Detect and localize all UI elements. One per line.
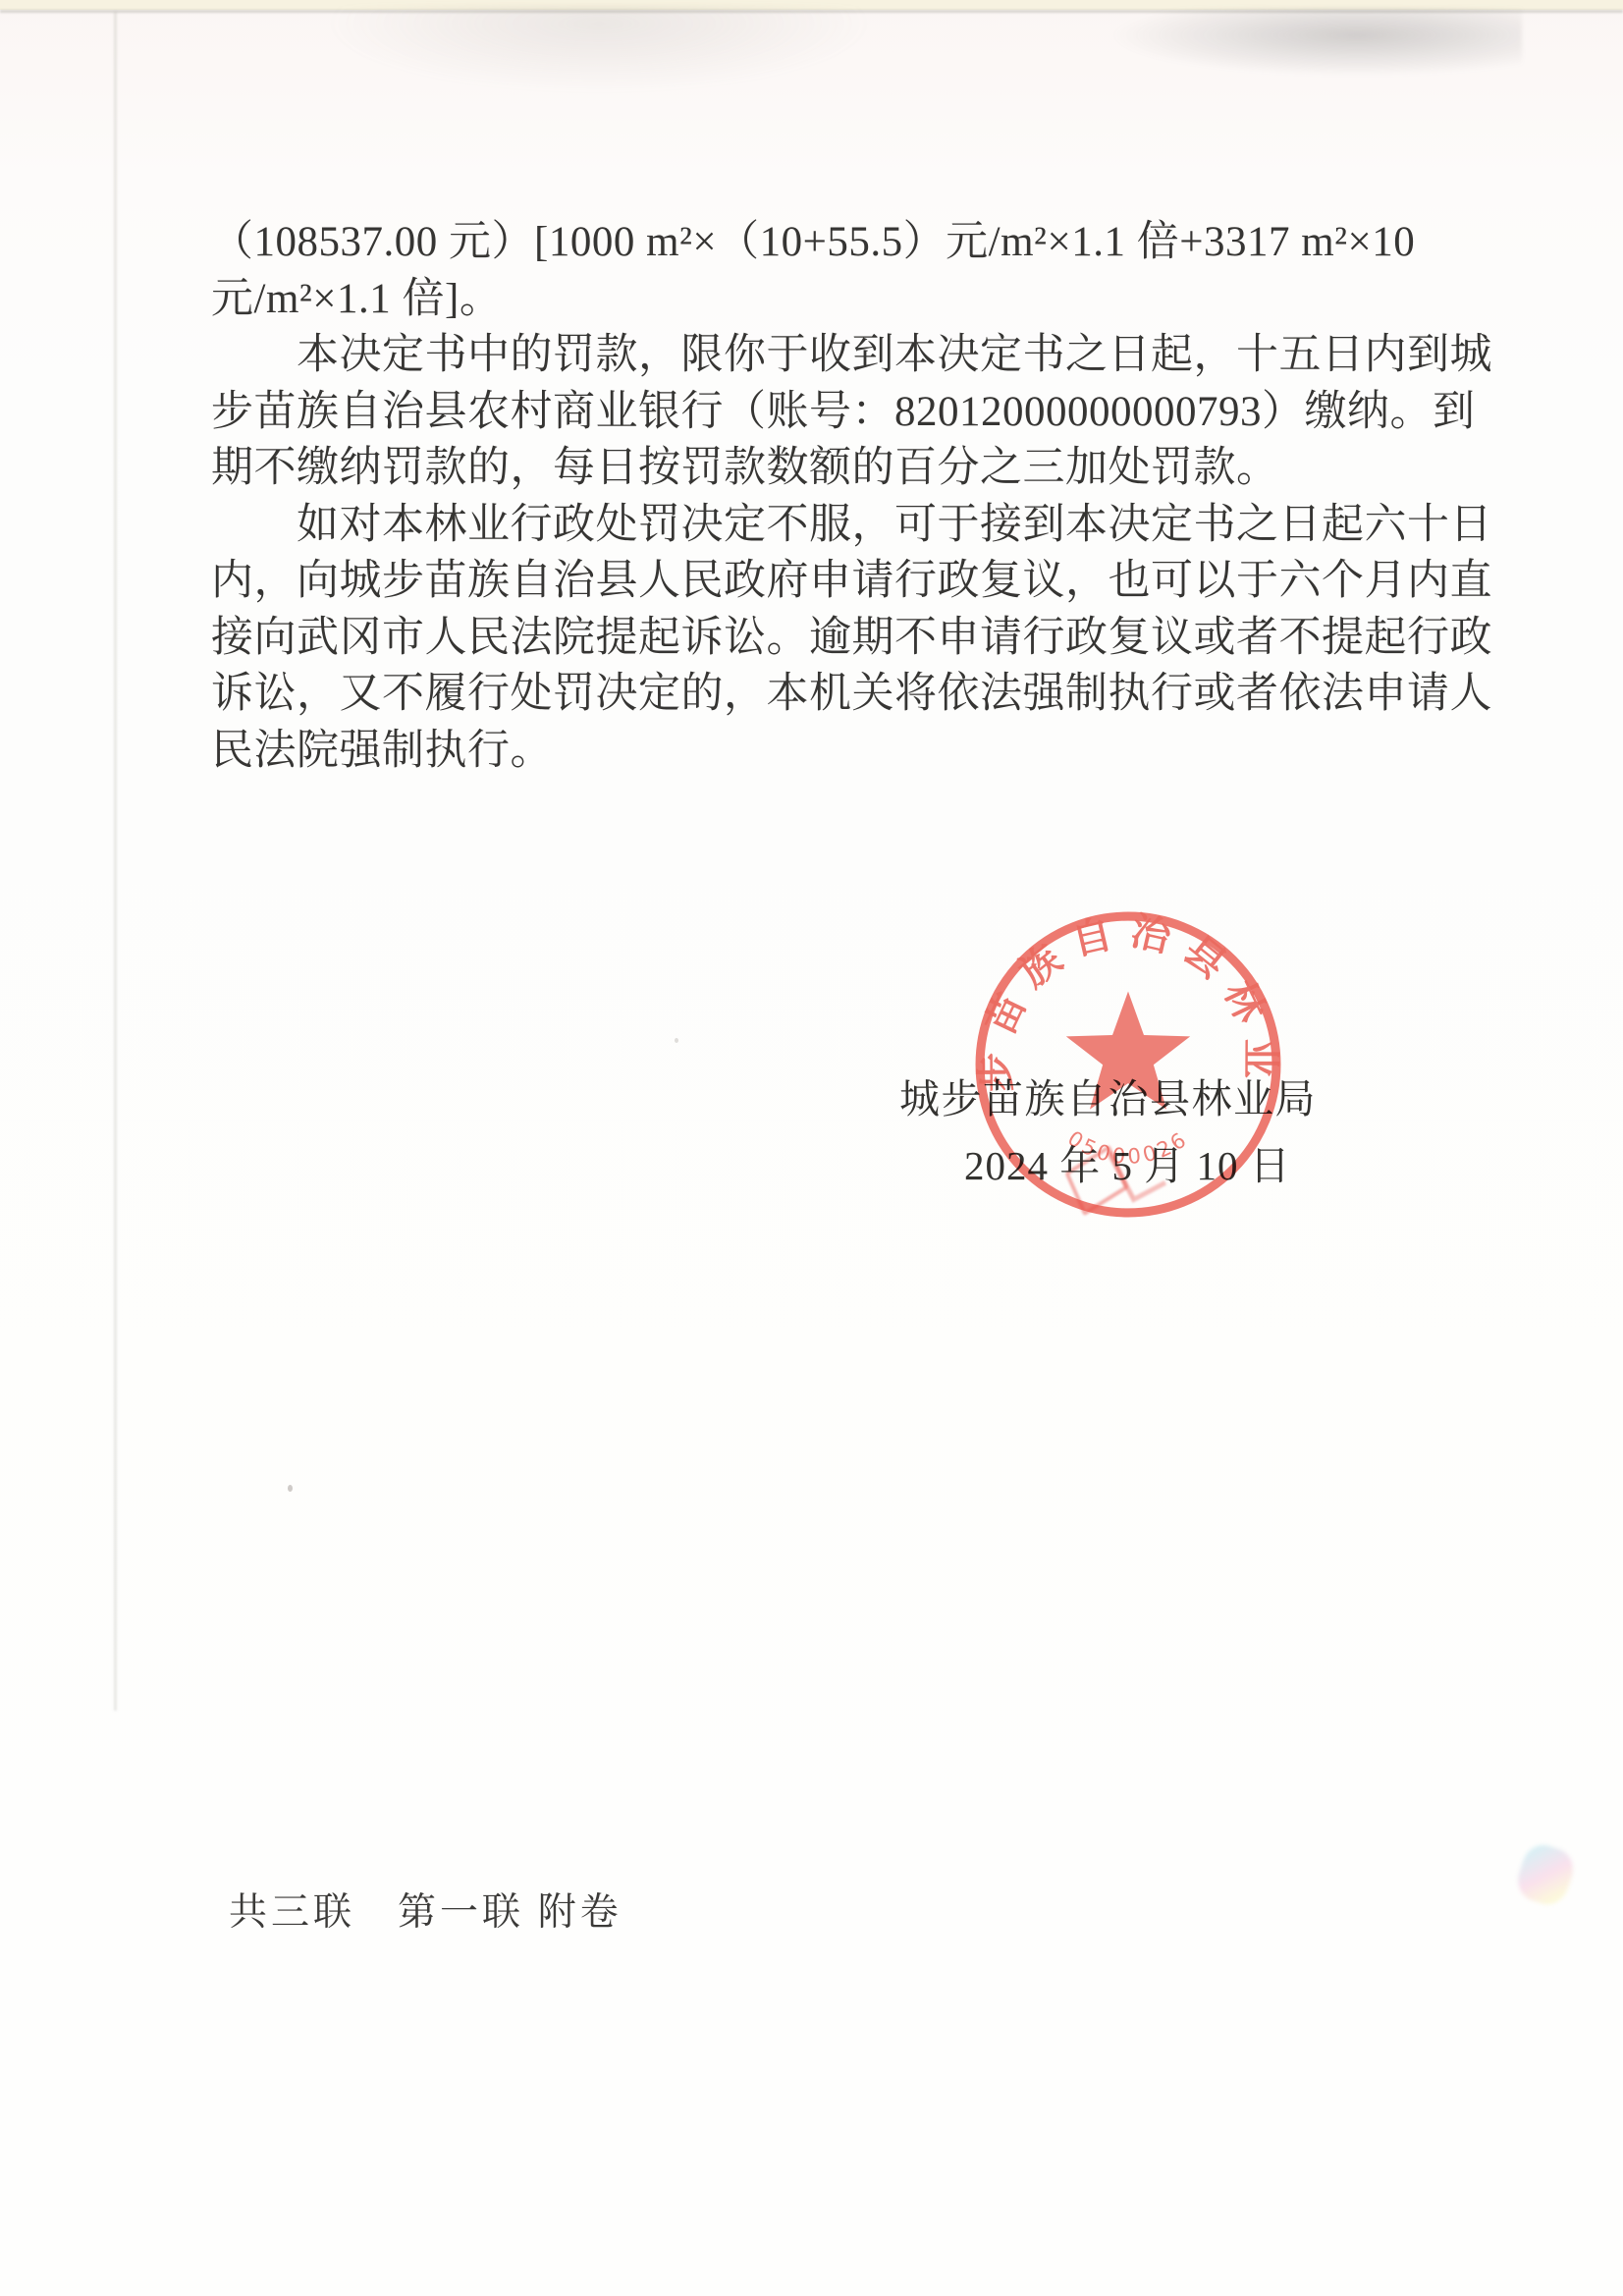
body-line: 接向武冈市人民法院提起诉讼。逾期不申请行政复议或者不提起行政 — [211, 610, 1478, 667]
footer-note: 共三联 第一联 附卷 — [229, 1882, 622, 1937]
signature-org: 城步苗族自治县林业局 — [899, 1066, 1317, 1124]
scan-artifact-crease — [114, 12, 117, 1711]
document-body: （108537.00 元）[1000 m²×（10+55.5）元/m²×1.1 … — [211, 214, 1478, 779]
signature-date: 2024 年 5 月 10 日 — [964, 1133, 1291, 1191]
scan-artifact-smudge — [324, 6, 874, 94]
body-line: 诉讼，又不履行处罚决定的，本机关将依法强制执行或者依法申请人 — [211, 666, 1478, 723]
body-line: 期不缴纳罚款的，每日按罚款数额的百分之三加处罚款。 — [211, 440, 1478, 497]
body-line: 如对本林业行政处罚决定不服，可于接到本决定书之日起六十日 — [211, 497, 1478, 554]
scanned-document-page: （108537.00 元）[1000 m²×（10+55.5）元/m²×1.1 … — [0, 0, 1623, 2296]
scan-artifact-speck — [675, 1038, 678, 1043]
scan-artifact-speck — [288, 1485, 293, 1492]
body-line: （108537.00 元）[1000 m²×（10+55.5）元/m²×1.1 … — [211, 214, 1478, 271]
scan-artifact-smudge — [1109, 8, 1522, 77]
body-line: 民法院强制执行。 — [211, 723, 1478, 780]
body-line: 元/m²×1.1 倍]。 — [211, 271, 1478, 328]
body-line: 步苗族自治县农村商业银行（账号：82012000000000793）缴纳。到 — [211, 384, 1478, 441]
body-line: 内，向城步苗族自治县人民政府申请行政复议，也可以于六个月内直 — [211, 553, 1478, 610]
body-line: 本决定书中的罚款，限你于收到本决定书之日起，十五日内到城 — [211, 327, 1478, 384]
scan-artifact-rainbow — [1512, 1839, 1578, 1909]
